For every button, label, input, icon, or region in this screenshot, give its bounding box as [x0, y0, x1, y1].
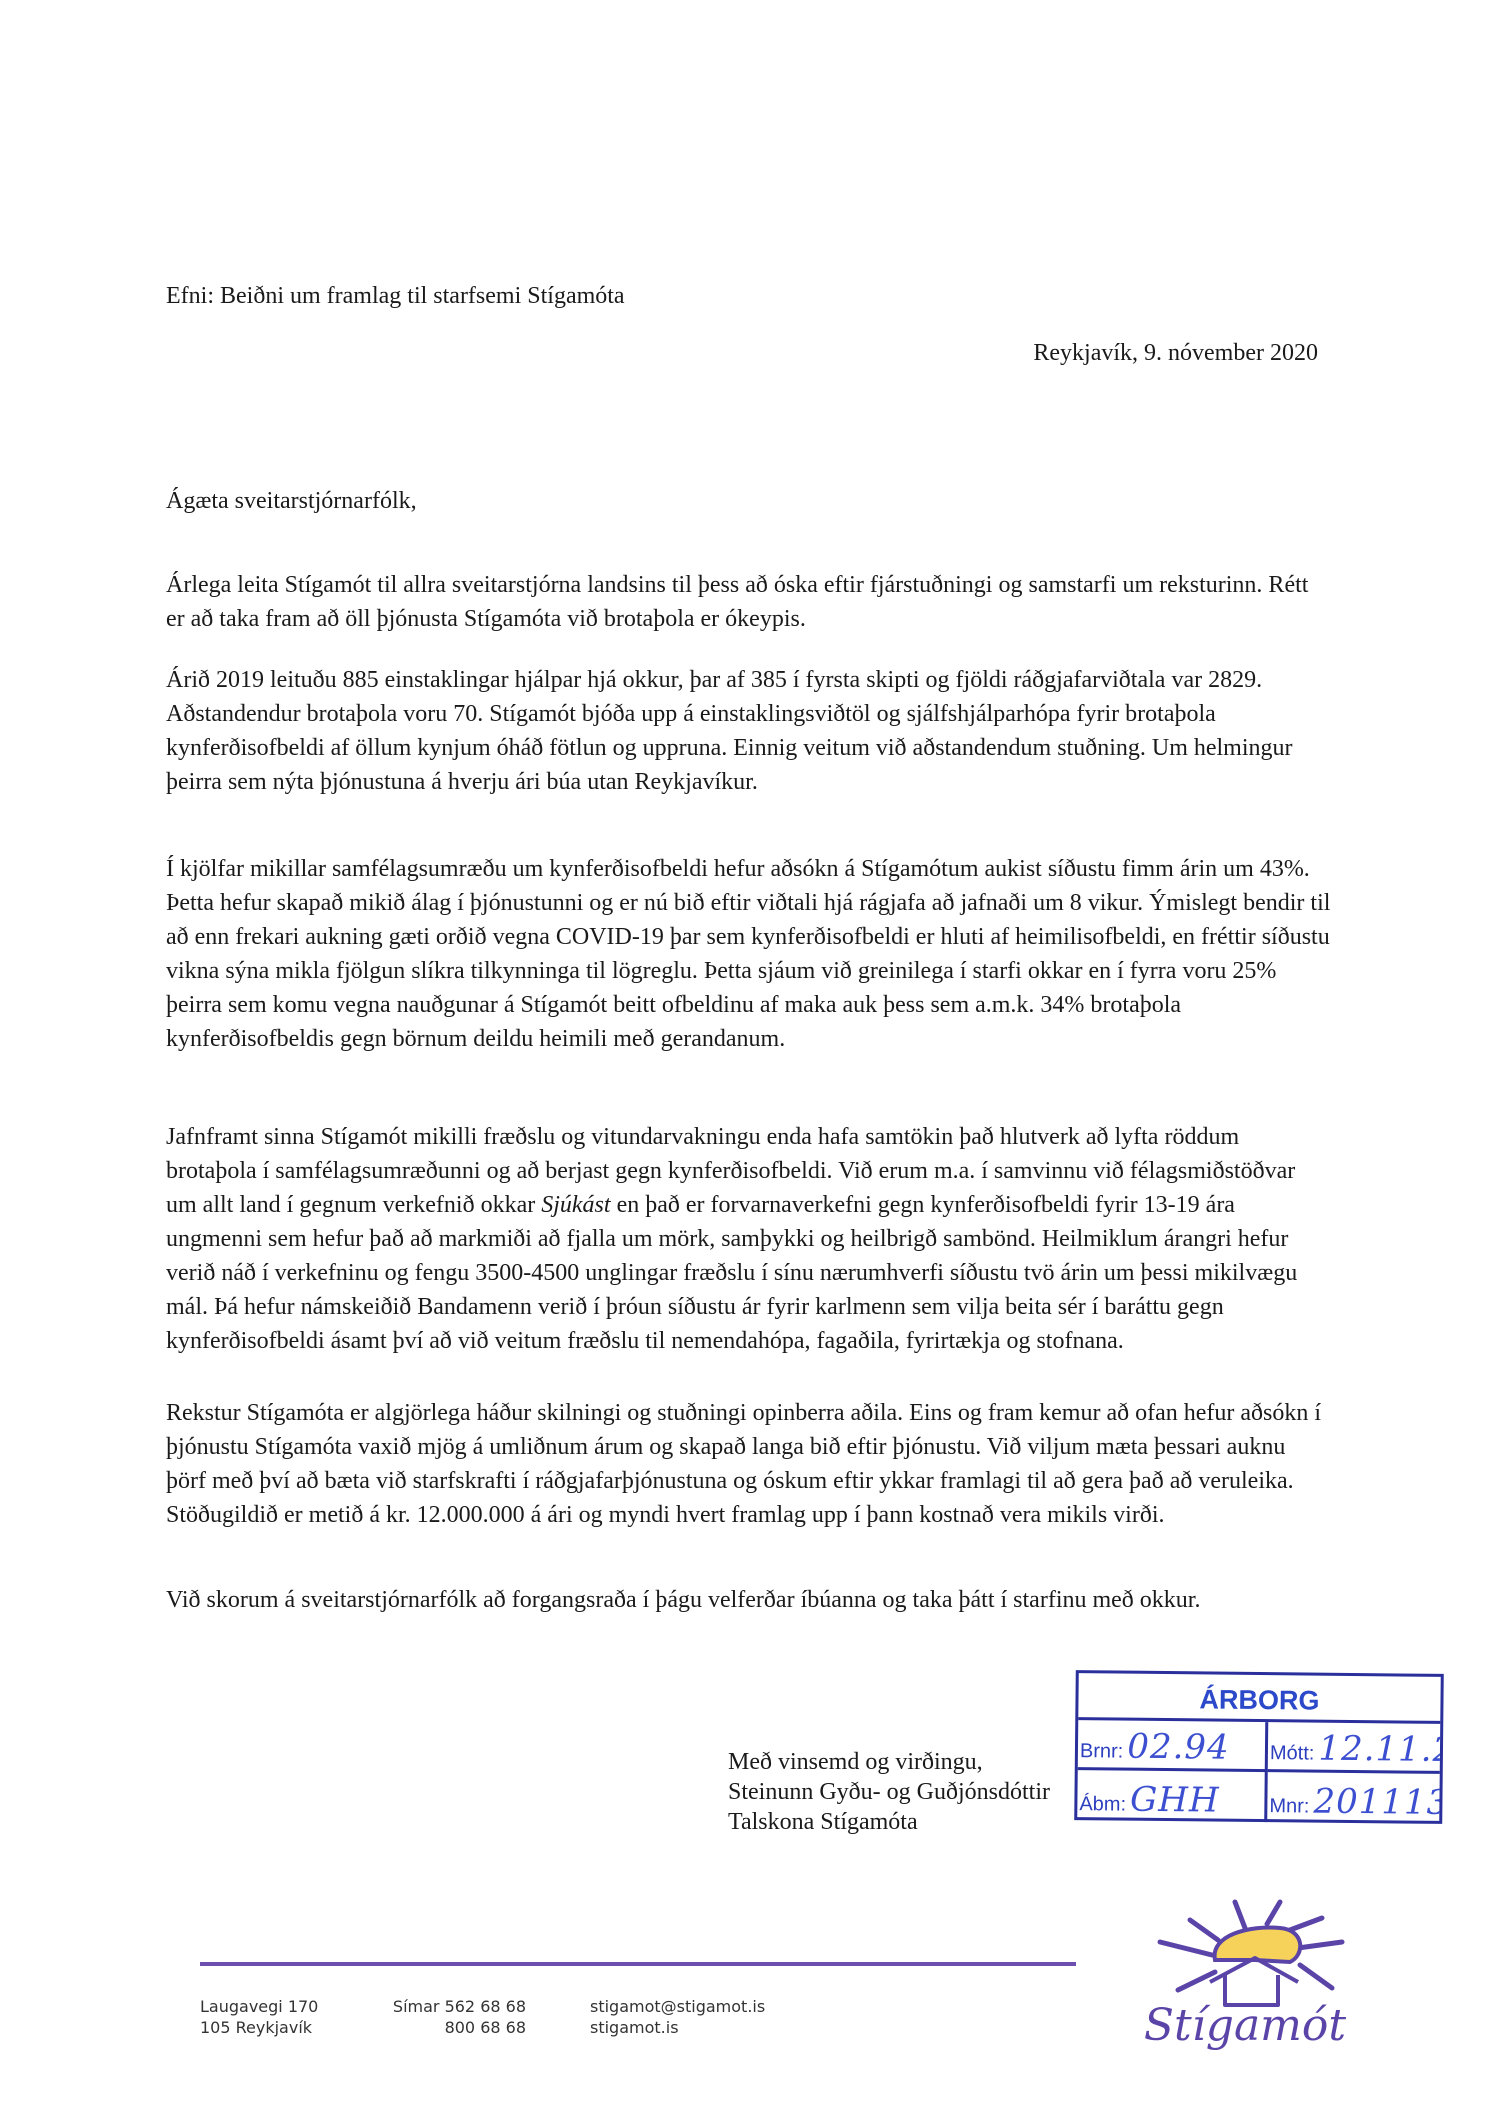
letter-salutation: Ágæta sveitarstjórnarfólk, [166, 488, 417, 515]
stigamot-logo: Stígamót [1130, 1880, 1360, 2050]
paragraph-increased-demand: Í kjölfar mikillar samfélagsumræðu um ky… [166, 852, 1331, 1056]
footer-phones: Símar 562 68 68 800 68 68 [388, 1996, 526, 2038]
footer-divider [200, 1962, 1076, 1966]
stamp-field-mott: Mótt: 12.11.20 [1268, 1722, 1441, 1774]
footer-contact: stigamot@stigamot.is stigamot.is [590, 1996, 765, 2038]
closing-regards: Með vinsemd og virðingu, [728, 1747, 1050, 1777]
paragraph-2019-statistics: Árið 2019 leituðu 885 einstaklingar hjál… [166, 663, 1331, 799]
paragraph-funding-request: Árlega leita Stígamót til allra sveitars… [166, 568, 1331, 636]
letter-subject: Efni: Beiðni um framlag til starfsemi St… [166, 283, 625, 310]
paragraph-call-to-action: Við skorum á sveitarstjórnarfólk að forg… [166, 1583, 1331, 1617]
letter-dateline: Reykjavík, 9. nóvember 2020 [1033, 340, 1318, 367]
signer-name: Steinunn Gyðu- og Guðjónsdóttir [728, 1777, 1050, 1807]
signer-role: Talskona Stígamóta [728, 1807, 1050, 1837]
footer-website-link[interactable]: stigamot.is [590, 2017, 765, 2038]
paragraph-operations-cost: Rekstur Stígamóta er algjörlega háður sk… [166, 1396, 1331, 1532]
stamp-fields: Brnr: 02.94 Mótt: 12.11.20 Ábm: GHH Mnr:… [1077, 1720, 1440, 1824]
stamp-title: ÁRBORG [1078, 1673, 1440, 1724]
footer-address: Laugavegi 170 105 Reykjavík [200, 1996, 318, 2038]
stamp-field-brnr: Brnr: 02.94 [1078, 1720, 1269, 1772]
signature-block: Með vinsemd og virðingu, Steinunn Gyðu- … [728, 1747, 1050, 1837]
footer-email-link[interactable]: stigamot@stigamot.is [590, 1996, 765, 2017]
svg-text:Stígamót: Stígamót [1144, 2000, 1347, 2050]
received-stamp: ÁRBORG Brnr: 02.94 Mótt: 12.11.20 Ábm: G… [1074, 1670, 1444, 1824]
project-name-sjukast: Sjúkást [541, 1192, 610, 1218]
stamp-field-mnr: Mnr: 2011138 [1267, 1772, 1440, 1824]
paragraph-education-work: Jafnframt sinna Stígamót mikilli fræðslu… [166, 1120, 1331, 1358]
stamp-field-abm: Ábm: GHH [1077, 1770, 1268, 1822]
sun-house-logo-icon: Stígamót [1130, 1880, 1360, 2050]
